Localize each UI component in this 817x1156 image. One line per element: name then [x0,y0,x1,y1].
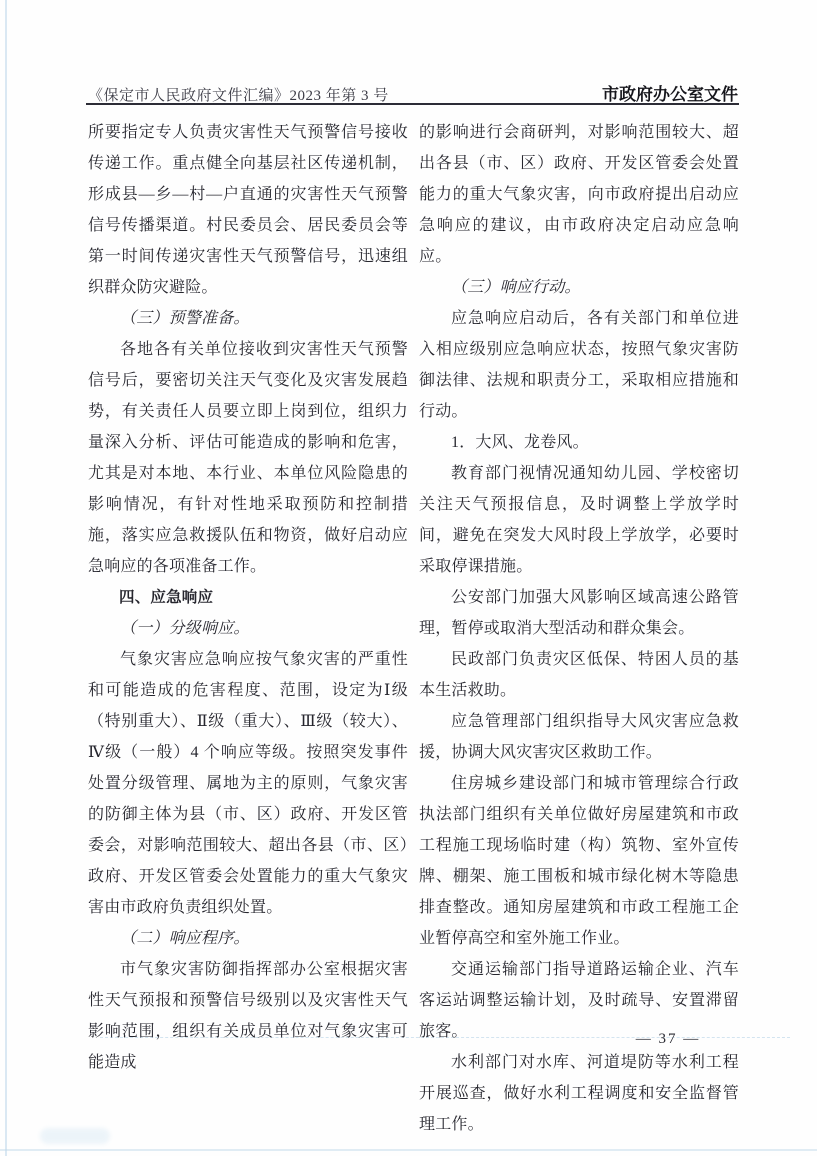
scanned-document-page: 《保定市人民政府文件汇编》2023 年第 3 号 市政府办公室文件 所要指定专人… [0,0,817,1156]
section-heading-yingji-xiangying: 四、应急响应 [88,582,408,613]
paragraph: 住房城乡建设部门和城市管理综合行政执法部门组织有关单位做好房屋建筑和市政工程施工… [419,768,739,954]
paragraph: 的影响进行会商研判，对影响范围较大、超出各县（市、区）政府、开发区管委会处置能力… [419,117,739,272]
paragraph: 各地各有关单位接收到灾害性天气预警信号后，要密切关注天气变化及灾害发展趋势，有关… [88,334,408,582]
right-column: 的影响进行会商研判，对影响范围较大、超出各县（市、区）政府、开发区管委会处置能力… [419,117,739,1140]
page-header: 《保定市人民政府文件汇编》2023 年第 3 号 市政府办公室文件 [88,80,738,105]
paragraph: 民政部门负责灾区低保、特困人员的基本生活救助。 [419,644,739,706]
header-rule [86,103,739,105]
paragraph: 公安部门加强大风影响区域高速公路管理，暂停或取消大型活动和群众集会。 [419,582,739,644]
paragraph: 市气象灾害防御指挥部办公室根据灾害性天气预报和预警信号级别以及灾害性天气影响范围… [88,954,408,1078]
page-number: — 37 — [618,1031,718,1048]
header-doc-type: 市政府办公室文件 [602,80,738,105]
paragraph: 应急管理部门组织指导大风灾害应急救援，协调大风灾害灾区救助工作。 [419,706,739,768]
left-column: 所要指定专人负责灾害性天气预警信号接收传递工作。重点健全向基层社区传递机制，形成… [88,117,408,1140]
subheading-xiangying-chengxu: （二）响应程序。 [88,923,408,954]
subheading-yujing-zhunbei: （三）预警准备。 [88,303,408,334]
paragraph: 所要指定专人负责灾害性天气预警信号接收传递工作。重点健全向基层社区传递机制，形成… [88,117,408,303]
two-column-body: 所要指定专人负责灾害性天气预警信号接收传递工作。重点健全向基层社区传递机制，形成… [88,117,739,1140]
header-journal-title: 《保定市人民政府文件汇编》2023 年第 3 号 [88,84,389,105]
paragraph: 应急响应启动后，各有关部门和单位进入相应级别应急响应状态，按照气象灾害防御法律、… [419,303,739,427]
scan-artifact-left-edge [5,0,7,1156]
subheading-fenji-xiangying: （一）分级响应。 [88,613,408,644]
subheading-xiangying-xingdong: （三）响应行动。 [419,272,739,303]
paragraph: 教育部门视情况通知幼儿园、学校密切关注天气预报信息，及时调整上学放学时间，避免在… [419,458,739,582]
subheading-dafeng-longjuanfeng: 1．大风、龙卷风。 [419,427,739,458]
scan-artifact-bottom-edge [0,1149,817,1151]
paragraph: 水利部门对水库、河道堤防等水利工程开展巡查，做好水利工程调度和安全监督管理工作。 [419,1047,739,1140]
paragraph: 气象灾害应急响应按气象灾害的严重性和可能造成的危害程度、范围，设定为Ⅰ级（特别重… [88,644,408,923]
